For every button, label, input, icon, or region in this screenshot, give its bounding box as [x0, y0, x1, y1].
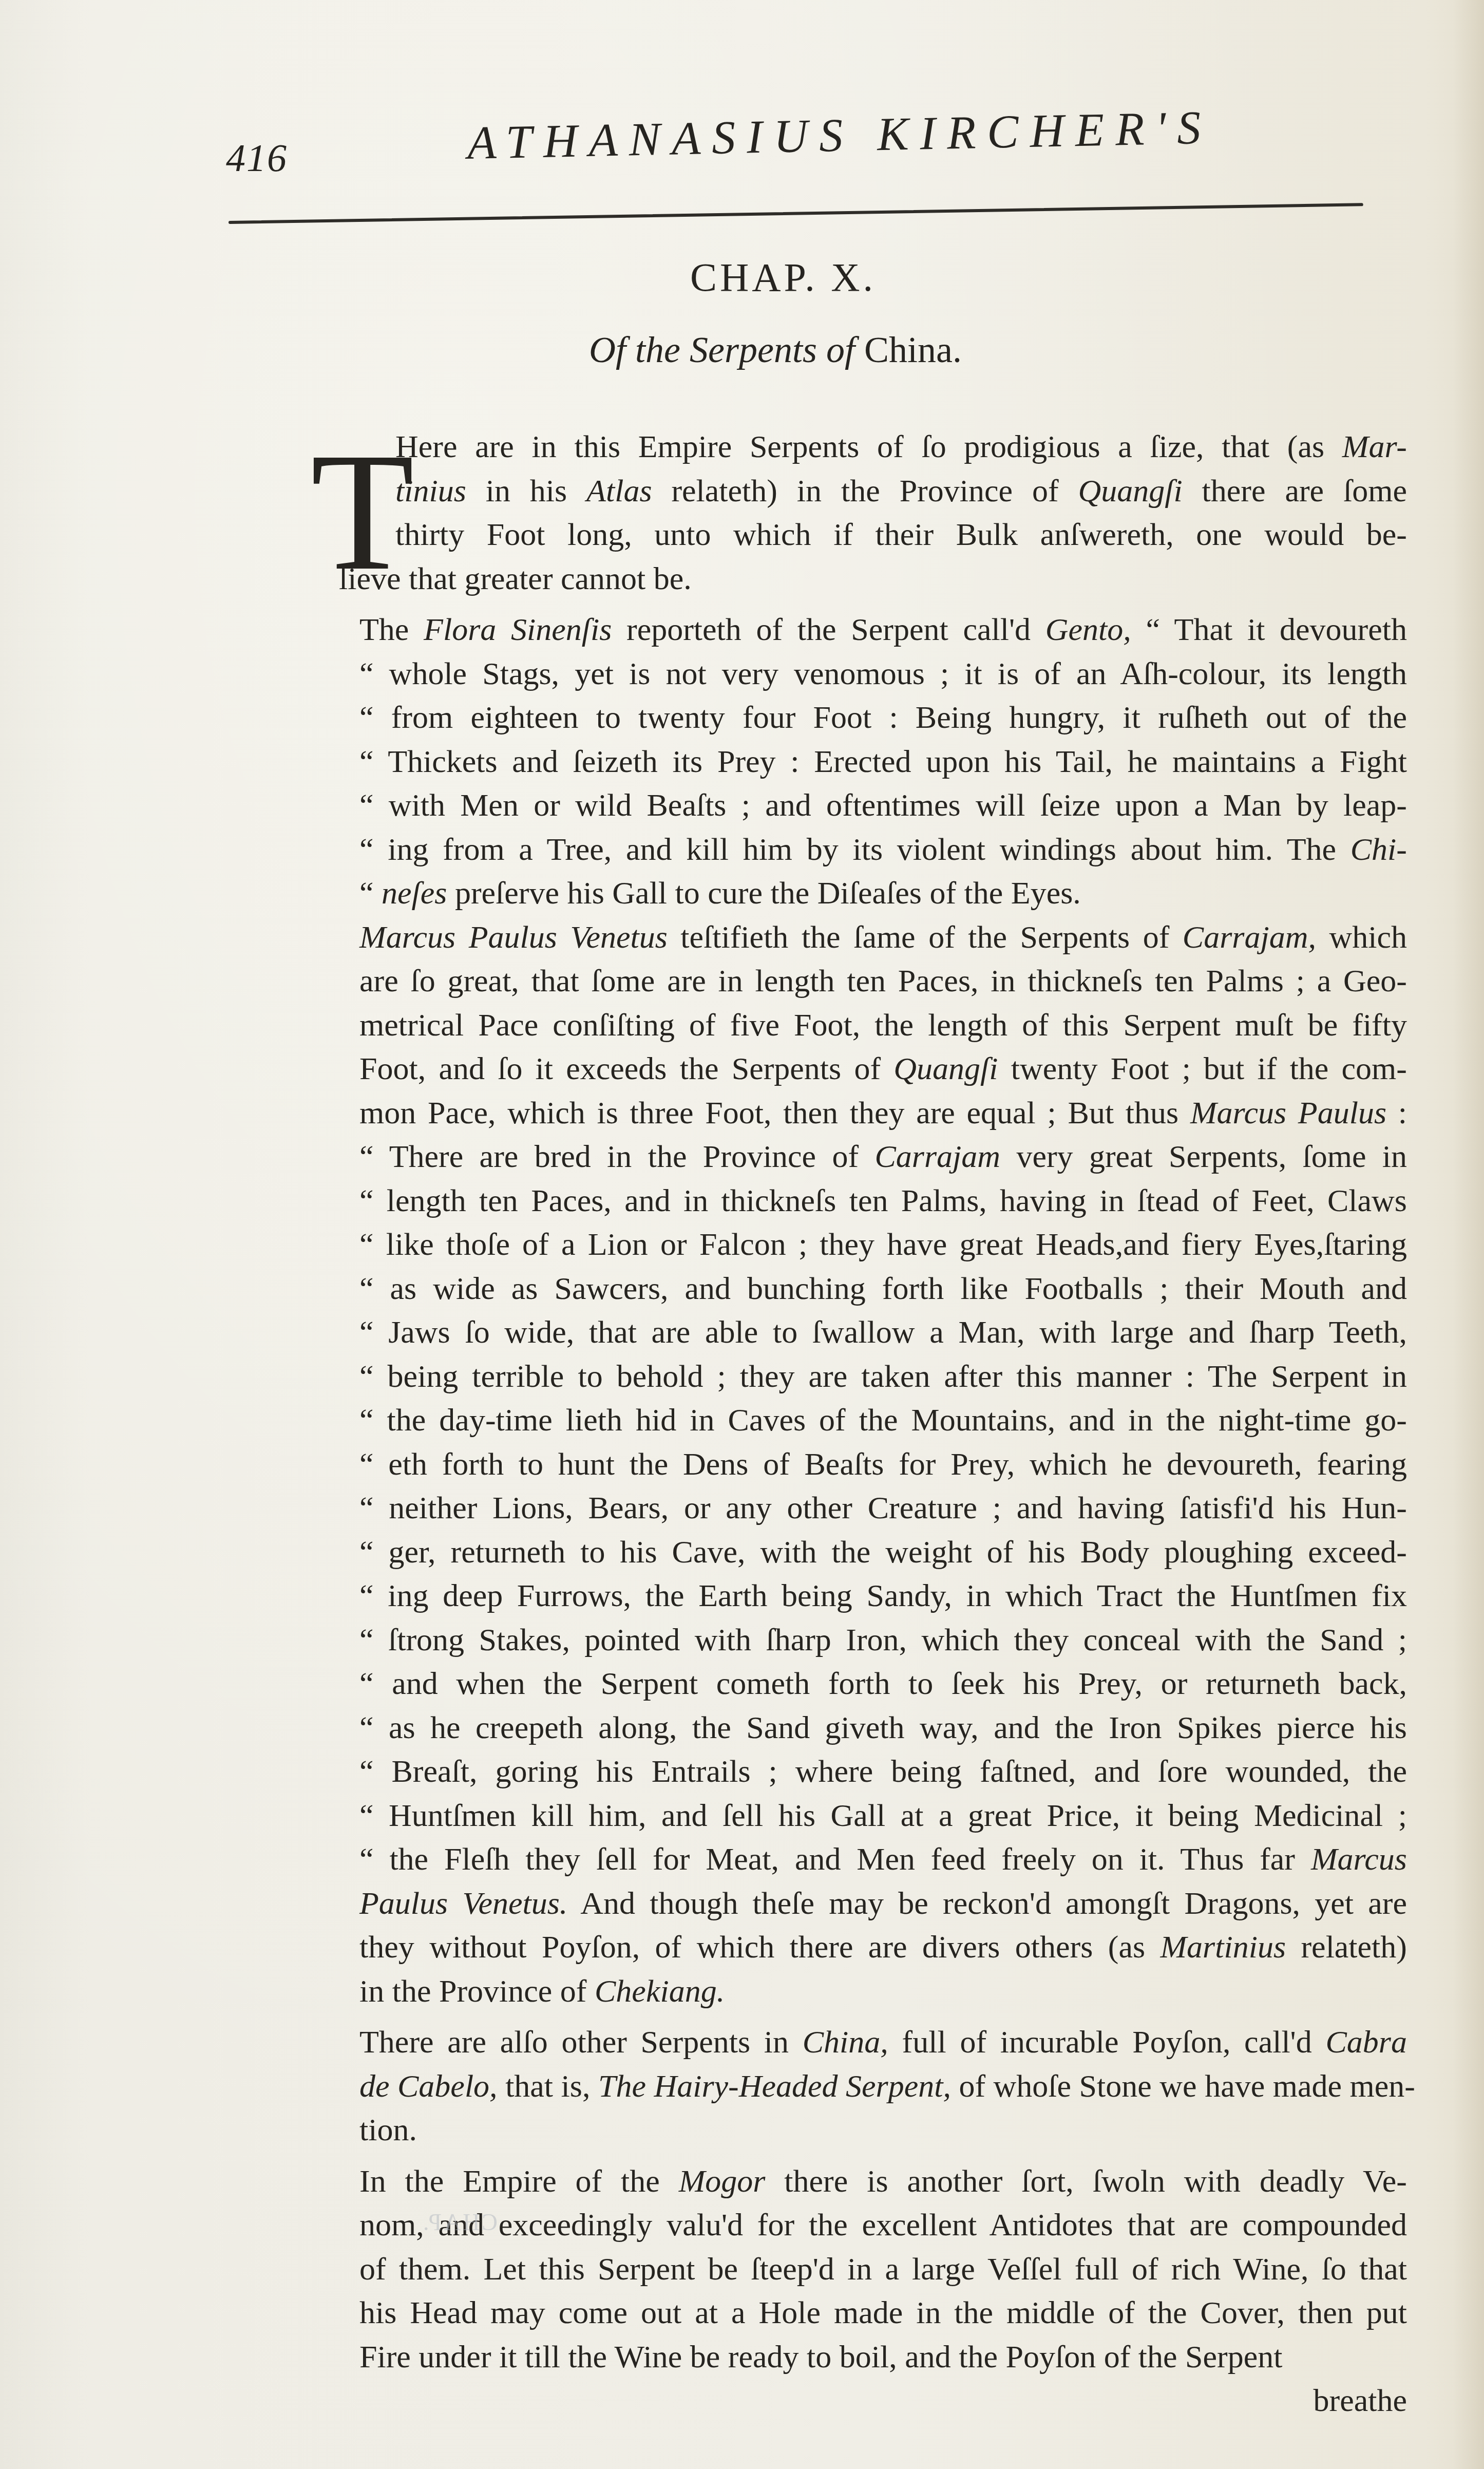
roman-text: “ as wide as Sawcers, and bunching forth… — [359, 1271, 1407, 1306]
roman-text: “ and when the Serpent cometh forth to ſ… — [359, 1666, 1407, 1701]
italic-text: tinius — [395, 474, 466, 508]
roman-text: metrical Pace conſiſting of five Foot, t… — [359, 1008, 1407, 1043]
text-line: of them. Let this Serpent be ſteep'd in … — [339, 2248, 1407, 2292]
paragraph: Marcus Paulus Venetus teſtifieth the ſam… — [339, 916, 1407, 2014]
italic-text: Flora Sinenſis — [424, 612, 612, 647]
text-line: “ Huntſmen kill him, and ſell his Gall a… — [339, 1794, 1407, 1838]
text-line: “ neſes preſerve his Gall to cure the Di… — [339, 872, 1407, 916]
text-line: “ the day-time lieth hid in Caves of the… — [339, 1399, 1407, 1443]
roman-text: that is, — [498, 2069, 598, 2104]
text-line: “ as wide as Sawcers, and bunching forth… — [339, 1267, 1407, 1311]
text-line: in the Province of Chekiang. — [339, 1970, 1407, 2014]
roman-text: “ whole Stags, yet is not very venomous … — [359, 656, 1407, 691]
text-line: “ the Fleſh they ſell for Meat, and Men … — [339, 1838, 1407, 1882]
roman-text: tion. — [359, 2113, 417, 2147]
roman-text: there are ſome — [1183, 474, 1407, 508]
italic-text: Quangſi — [893, 1051, 998, 1086]
roman-text: in the Province of — [359, 1974, 595, 2009]
roman-text: “ ger, returneth to his Cave, with the w… — [359, 1535, 1407, 1570]
italic-text: Gento, — [1045, 612, 1131, 647]
roman-text: they without Poyſon, of which there are … — [359, 1930, 1160, 1965]
text-line: Fire under it till the Wine be ready to … — [339, 2335, 1407, 2380]
italic-text: Marcus Paulus — [1190, 1096, 1386, 1130]
roman-text: “ ing deep Furrows, the Earth being Sand… — [359, 1578, 1407, 1613]
roman-text: of them. Let this Serpent be ſteep'd in … — [359, 2252, 1407, 2287]
roman-text: “ That it devoureth — [1131, 612, 1407, 647]
roman-text: There are alſo other Serpents in — [359, 2025, 803, 2060]
roman-text: “ Thickets and ſeizeth its Prey : Erecte… — [359, 744, 1407, 779]
roman-text: nom, and exceedingly valu'd for the exce… — [359, 2208, 1407, 2242]
text-line: “ like thoſe of a Lion or Falcon ; they … — [339, 1223, 1407, 1267]
show-through-text: CHAP. — [421, 2209, 498, 2236]
text-line: “ from eighteen to twenty four Foot : Be… — [339, 696, 1407, 740]
roman-text: “ length ten Paces, and in thickneſs ten… — [359, 1183, 1407, 1218]
text-line: tinius in his Atlas relateth) in the Pro… — [339, 469, 1407, 514]
roman-text: “ ſtrong Stakes, pointed with ſharp Iron… — [359, 1623, 1407, 1657]
text-line: de Cabelo, that is, The Hairy-Headed Ser… — [339, 2065, 1407, 2109]
text-line: “ and when the Serpent cometh forth to ſ… — [339, 1662, 1407, 1706]
roman-text: full of incurable Poyſon, call'd — [888, 2025, 1326, 2060]
chapter-subtitle-italic: Of the Serpents of — [589, 329, 864, 370]
roman-text: thirty Foot long, unto which if their Bu… — [395, 517, 1407, 552]
roman-text: “ Huntſmen kill him, and ſell his Gall a… — [359, 1798, 1407, 1833]
roman-text: in his — [466, 474, 586, 508]
italic-text: China, — [803, 2025, 888, 2060]
roman-text: twenty Foot ; but if the com- — [998, 1051, 1407, 1086]
text-line: “ Breaſt, goring his Entrails ; where be… — [339, 1750, 1407, 1794]
roman-text: of whoſe Stone we have made men- — [951, 2069, 1415, 2104]
roman-text: Fire under it till the Wine be ready to … — [359, 2340, 1282, 2374]
text-line: Paulus Venetus. And though theſe may be … — [339, 1882, 1407, 1926]
roman-text: Here are in this Empire Serpents of ſo p… — [395, 429, 1342, 464]
text-line: tion. — [339, 2108, 1407, 2153]
roman-text: relateth) in the Province of — [652, 474, 1078, 508]
text-line: “ ger, returneth to his Cave, with the w… — [339, 1531, 1407, 1575]
text-line: “ ing deep Furrows, the Earth being Sand… — [339, 1574, 1407, 1618]
paragraph: There are alſo other Serpents in China, … — [339, 2021, 1407, 2153]
roman-text: “ neither Lions, Bears, or any other Cre… — [359, 1491, 1407, 1525]
roman-text: “ There are bred in the Province of — [359, 1139, 874, 1174]
text-line: “ Thickets and ſeizeth its Prey : Erecte… — [339, 740, 1407, 784]
paragraph: In the Empire of the Mogor there is anot… — [339, 2160, 1407, 2380]
text-line: nom, and exceedingly valu'd for the exce… — [339, 2203, 1407, 2248]
text-line: “ as he creepeth along, the Sand giveth … — [339, 1706, 1407, 1750]
text-line: Marcus Paulus Venetus teſtifieth the ſam… — [339, 916, 1407, 960]
text-line: thirty Foot long, unto which if their Bu… — [339, 513, 1407, 557]
roman-text: “ from eighteen to twenty four Foot : Be… — [359, 700, 1407, 735]
italic-text: Chekiang. — [595, 1974, 725, 2009]
roman-text: mon Pace, which is three Foot, then they… — [359, 1096, 1190, 1130]
body-text: Here are in this Empire Serpents of ſo p… — [339, 425, 1407, 2423]
italic-text: Mogor — [679, 2164, 766, 2199]
italic-text: Mar- — [1342, 429, 1407, 464]
roman-text: there is another ſort, ſwoln with deadly… — [765, 2164, 1407, 2199]
italic-text: Paulus Venetus. — [359, 1886, 567, 1921]
roman-text: “ Breaſt, goring his Entrails ; where be… — [359, 1754, 1407, 1789]
text-line: “ whole Stags, yet is not very venomous … — [339, 652, 1407, 696]
roman-text: “ ing from a Tree, and kill him by its v… — [359, 832, 1350, 867]
italic-text: Martinius — [1160, 1930, 1286, 1965]
italic-text: Marcus — [1311, 1842, 1407, 1877]
roman-text: his Head may come out at a Hole made in … — [359, 2295, 1407, 2330]
roman-text: Foot, and ſo it exceeds the Serpents of — [359, 1051, 893, 1086]
text-line: “ neither Lions, Bears, or any other Cre… — [339, 1486, 1407, 1531]
catchword-line: breathe — [339, 2379, 1407, 2423]
text-line: “ length ten Paces, and in thickneſs ten… — [339, 1179, 1407, 1223]
roman-text: “ — [359, 876, 382, 911]
chapter-title: CHAP. X. — [0, 254, 1484, 300]
text-line: lieve that greater cannot be. — [339, 557, 1407, 601]
text-line: “ ing from a Tree, and kill him by its v… — [339, 828, 1407, 872]
text-line: are ſo great, that ſome are in length te… — [339, 959, 1407, 1004]
italic-text: Marcus Paulus Venetus — [359, 920, 668, 955]
italic-text: neſes — [382, 876, 447, 911]
chapter-subtitle-place: China. — [864, 329, 962, 370]
roman-text: “ being terrible to behold ; they are ta… — [359, 1359, 1407, 1394]
roman-text: In the Empire of the — [359, 2164, 679, 2199]
roman-text: very great Serpents, ſome in — [1000, 1139, 1407, 1174]
paragraph: Here are in this Empire Serpents of ſo p… — [339, 425, 1407, 601]
roman-text: which — [1316, 920, 1407, 955]
text-line: they without Poyſon, of which there are … — [339, 1926, 1407, 1970]
text-line: “ being terrible to behold ; they are ta… — [339, 1355, 1407, 1399]
roman-text: preſerve his Gall to cure the Diſeaſes o… — [447, 876, 1080, 911]
paragraph: The Flora Sinenſis reporteth of the Serp… — [339, 608, 1407, 916]
roman-text: “ the Fleſh they ſell for Meat, and Men … — [359, 1842, 1311, 1877]
text-line: The Flora Sinenſis reporteth of the Serp… — [339, 608, 1407, 652]
text-line: his Head may come out at a Hole made in … — [339, 2291, 1407, 2335]
text-line: “ with Men or wild Beaſts ; and oftentim… — [339, 784, 1407, 828]
italic-text: Atlas — [586, 474, 652, 508]
roman-text: The — [359, 612, 424, 647]
italic-text: Carrajam, — [1183, 920, 1316, 955]
roman-text: And though theſe may be reckon'd amongſt… — [567, 1886, 1407, 1921]
italic-text: Carrajam — [874, 1139, 1000, 1174]
text-line: Here are in this Empire Serpents of ſo p… — [339, 425, 1407, 469]
catchword: breathe — [339, 2379, 1407, 2423]
text-line: mon Pace, which is three Foot, then they… — [339, 1091, 1407, 1136]
roman-text: lieve that greater cannot be. — [339, 561, 692, 596]
roman-text: “ the day-time lieth hid in Caves of the… — [359, 1403, 1407, 1438]
page-number: 416 — [226, 136, 288, 181]
text-line: There are alſo other Serpents in China, … — [339, 2021, 1407, 2065]
italic-text: Cabra — [1326, 2025, 1407, 2060]
roman-text: “ like thoſe of a Lion or Falcon ; they … — [359, 1227, 1407, 1262]
roman-text: “ as he creepeth along, the Sand giveth … — [359, 1710, 1407, 1745]
roman-text: “ with Men or wild Beaſts ; and oftentim… — [359, 788, 1407, 823]
text-line: “ ſtrong Stakes, pointed with ſharp Iron… — [339, 1618, 1407, 1663]
roman-text: “ Jaws ſo wide, that are able to ſwallow… — [359, 1315, 1407, 1350]
text-line: Foot, and ſo it exceeds the Serpents of … — [339, 1047, 1407, 1091]
italic-text: The Hairy-Headed Serpent, — [598, 2069, 951, 2104]
roman-text: teſtifieth the ſame of the Serpents of — [668, 920, 1183, 955]
text-line: “ eth forth to hunt the Dens of Beaſts f… — [339, 1443, 1407, 1487]
roman-text: : — [1386, 1096, 1407, 1130]
text-line: In the Empire of the Mogor there is anot… — [339, 2160, 1407, 2204]
chapter-subtitle: Of the Serpents of China. — [0, 329, 1484, 371]
italic-text: Chi- — [1350, 832, 1407, 867]
roman-text: are ſo great, that ſome are in length te… — [359, 964, 1407, 998]
roman-text: “ eth forth to hunt the Dens of Beaſts f… — [359, 1447, 1407, 1482]
italic-text: Quangſi — [1078, 474, 1182, 508]
roman-text: relateth) — [1286, 1930, 1407, 1965]
roman-text: reporteth of the Serpent call'd — [612, 612, 1045, 647]
italic-text: de Cabelo, — [359, 2069, 498, 2104]
text-line: “ There are bred in the Province of Carr… — [339, 1135, 1407, 1179]
text-line: metrical Pace conſiſting of five Foot, t… — [339, 1004, 1407, 1048]
text-line: “ Jaws ſo wide, that are able to ſwallow… — [339, 1311, 1407, 1355]
